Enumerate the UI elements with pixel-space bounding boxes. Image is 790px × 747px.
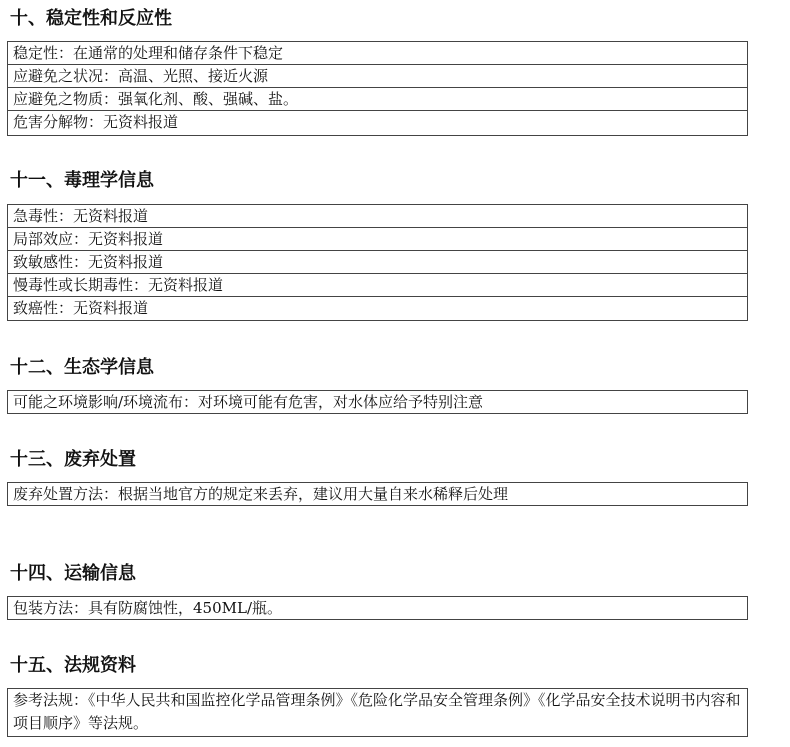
- table-row: 包装方法：具有防腐蚀性，450ML/瓶。: [8, 597, 747, 620]
- table-row: 致癌性：无资料报道: [8, 297, 747, 320]
- section-heading-ecology: 十二、生态学信息: [10, 356, 154, 380]
- table-row: 参考法规：《中华人民共和国监控化学品管理条例》《危险化学品安全管理条例》《化学品…: [8, 689, 747, 735]
- section-heading-stability: 十、稳定性和反应性: [10, 7, 172, 31]
- regulations-table: 参考法规：《中华人民共和国监控化学品管理条例》《危险化学品安全管理条例》《化学品…: [7, 688, 748, 737]
- section-heading-toxicology: 十一、毒理学信息: [10, 169, 154, 193]
- table-row: 稳定性：在通常的处理和储存条件下稳定: [8, 42, 747, 65]
- table-row: 慢毒性或长期毒性：无资料报道: [8, 274, 747, 297]
- disposal-table: 废弃处置方法：根据当地官方的规定来丢弃，建议用大量自来水稀释后处理: [7, 482, 748, 506]
- toxicology-table: 急毒性：无资料报道 局部效应：无资料报道 致敏感性：无资料报道 慢毒性或长期毒性…: [7, 204, 748, 321]
- stability-table: 稳定性：在通常的处理和储存条件下稳定 应避免之状况：高温、光照、接近火源 应避免…: [7, 41, 748, 136]
- section-heading-transport: 十四、运输信息: [10, 562, 136, 586]
- table-row: 应避免之物质：强氧化剂、酸、强碱、盐。: [8, 88, 747, 111]
- table-row: 可能之环境影响/环境流布：对环境可能有危害，对水体应给予特别注意: [8, 391, 747, 414]
- table-row: 废弃处置方法：根据当地官方的规定来丢弃，建议用大量自来水稀释后处理: [8, 483, 747, 506]
- ecology-table: 可能之环境影响/环境流布：对环境可能有危害，对水体应给予特别注意: [7, 390, 748, 414]
- table-row: 危害分解物：无资料报道: [8, 111, 747, 134]
- section-heading-regulations: 十五、法规资料: [10, 654, 136, 678]
- table-row: 应避免之状况：高温、光照、接近火源: [8, 65, 747, 88]
- table-row: 致敏感性：无资料报道: [8, 251, 747, 274]
- transport-table: 包装方法：具有防腐蚀性，450ML/瓶。: [7, 596, 748, 620]
- table-row: 急毒性：无资料报道: [8, 205, 747, 228]
- table-row: 局部效应：无资料报道: [8, 228, 747, 251]
- section-heading-disposal: 十三、废弃处置: [10, 448, 136, 472]
